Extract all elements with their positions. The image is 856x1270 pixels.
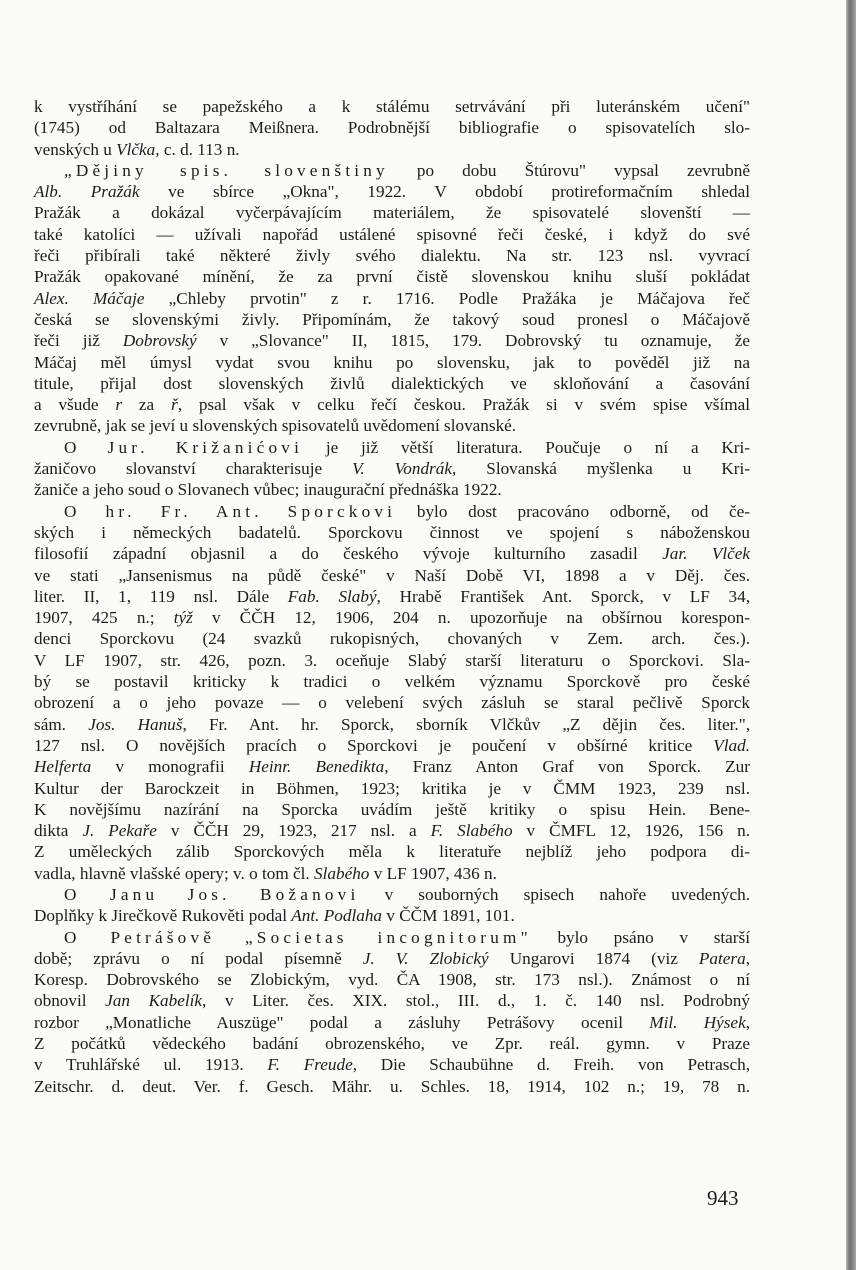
text-run: dikta <box>34 821 82 840</box>
author-name: Mil. Hýsek <box>649 1013 745 1032</box>
text-line: V LF 1907, str. 426, pozn. 3. oceňuje Sl… <box>34 650 750 671</box>
text-line: Máčaj měl úmysl vydat svou knihu po slov… <box>34 352 750 373</box>
text-run: a všude <box>34 395 115 414</box>
spaced-heading: O hr. Fr. Ant. Sporckovi <box>64 502 396 521</box>
text-line: žaniče a jeho soud o Slovanech vůbec; in… <box>34 479 750 500</box>
page-number: 943 <box>707 1186 739 1211</box>
text-run: , psal však v celku řečí českou. Pražák … <box>178 395 750 414</box>
text-run: v ČČH 12, 1906, 204 n. upozorňuje na obš… <box>193 608 750 627</box>
text-run: v „Slovance" II, 1815, 179. Dobrovský tu… <box>197 331 750 350</box>
text-run: je již větší literatura. Poučuje o ní a … <box>303 438 750 457</box>
text-line: také katolíci — užívali napořád ustálené… <box>34 224 750 245</box>
text-run: , Franz Anton Graf von Sporck. Zur <box>384 757 750 776</box>
text-run: , Die Schaubühne d. Freih. von Petrasch, <box>353 1055 750 1074</box>
text-run: za <box>122 395 171 414</box>
text-line: a všude r za ř, psal však v celku řečí č… <box>34 394 750 415</box>
text-run: , Fr. Ant. hr. Sporck, sborník Vlčkův „Z… <box>182 715 750 734</box>
text-line: (1745) od Baltazara Meißnera. Podrobnějš… <box>34 117 750 138</box>
spaced-heading: O Janu Jos. Božanovi <box>64 885 359 904</box>
text-run: době; zprávu o ní podal písemně <box>34 949 363 968</box>
text-run: v souborných spisech nahoře uvedených. <box>359 885 750 904</box>
page-binding-edge <box>846 0 856 1270</box>
text-line: Pražák opakované mínění, že za první čis… <box>34 266 750 287</box>
text-line: filosofií západní objasnil a do českého … <box>34 543 750 564</box>
text-line: liter. II, 1, 119 nsl. Dále Fab. Slabý, … <box>34 586 750 607</box>
text-run: rozbor „Monatliche Auszüge" podal a zásl… <box>34 1013 649 1032</box>
author-name: J. V. Zlobický <box>363 949 489 968</box>
text-run: , <box>746 1013 750 1032</box>
text-line: 127 nsl. O novějších pracích o Sporckovi… <box>34 735 750 756</box>
text-run: v monografii <box>91 757 249 776</box>
text-line: řeči přibírali také některé živly svého … <box>34 245 750 266</box>
text-line: k vystříhání se papežského a k stálému s… <box>34 96 750 117</box>
text-line: řeči již Dobrovský v „Slovance" II, 1815… <box>34 330 750 351</box>
author-name: V. Vondrák <box>352 459 452 478</box>
text-line: ve stati „Jansenismus na půdě české" v N… <box>34 565 750 586</box>
text-line: česká se slovenskými živly. Připomínám, … <box>34 309 750 330</box>
author-name: Vlad. <box>713 736 750 755</box>
text-line: rozbor „Monatliche Auszüge" podal a zásl… <box>34 1012 750 1033</box>
spaced-heading: „Dějiny spis. slovenštiny <box>64 161 389 180</box>
text-line: Z uměleckých zálib Sporckových měla k li… <box>34 841 750 862</box>
author-name: Helferta <box>34 757 91 776</box>
text-line: Alex. Máčaje „Chleby prvotin" z r. 1716.… <box>34 288 750 309</box>
spaced-heading: O Jur. Križanićovi <box>64 438 303 457</box>
text-run: žaničovo slovanství charakterisuje <box>34 459 352 478</box>
text-run: , <box>746 949 750 968</box>
text-line: K novějšímu nazírání na Sporcka uvádím j… <box>34 799 750 820</box>
text-line: v Truhlářské ul. 1913. F. Freude, Die Sc… <box>34 1054 750 1075</box>
spaced-title: „Societas incognitorum" <box>215 928 532 947</box>
text-line: Alb. Pražák ve sbírce „Okna", 1922. V ob… <box>34 181 750 202</box>
text-line: Pražák a dokázal vyčerpávajícím materiál… <box>34 202 750 223</box>
text-run: bylo psáno v starší <box>532 928 750 947</box>
paragraph-start: O Jur. Križanićovi je již větší literatu… <box>34 437 750 458</box>
text-run: , v Liter. čes. XIX. stol., III. d., 1. … <box>202 991 750 1010</box>
text-run: v ČČM 1891, 101. <box>382 906 515 925</box>
text-run: liter. II, 1, 119 nsl. Dále <box>34 587 288 606</box>
author-name: Alex. Máčaje <box>34 289 145 308</box>
text-run: filosofií západní objasnil a do českého … <box>34 544 662 563</box>
paragraph-start: O hr. Fr. Ant. Sporckovi bylo dost praco… <box>34 501 750 522</box>
text-line: zevrubně, jak se jeví u slovenských spis… <box>34 415 750 436</box>
text-run: obnovil <box>34 991 105 1010</box>
text-line: Doplňky k Jirečkově Rukověti podal Ant. … <box>34 905 750 926</box>
text-line: době; zprávu o ní podal písemně J. V. Zl… <box>34 948 750 969</box>
author-name: Jos. Hanuš <box>88 715 182 734</box>
text-run: sám. <box>34 715 88 734</box>
text-run: ve sbírce „Okna", 1922. V období protire… <box>139 182 750 201</box>
text-line: Kultur der Barockzeit in Böhmen, 1923; k… <box>34 778 750 799</box>
text-line: bý se postavil kriticky k tradici o velk… <box>34 671 750 692</box>
text-line: Z počátků vědeckého badání obrozenského,… <box>34 1033 750 1054</box>
author-name: Slabého <box>314 864 369 883</box>
author-name: F. Freude <box>267 1055 352 1074</box>
text-run: bylo dost pracováno odborně, od če- <box>396 502 750 521</box>
text-run: Ungarovi 1874 (viz <box>489 949 699 968</box>
author-name: Jar. Vlček <box>662 544 750 563</box>
text-run: v ČČH 29, 1923, 217 nsl. a <box>157 821 431 840</box>
text-line: obrození a o jeho povaze — o velebení sv… <box>34 692 750 713</box>
text-run: 127 nsl. O novějších pracích o Sporckovi… <box>34 736 713 755</box>
text-line: Helferta v monografii Heinr. Benedikta, … <box>34 756 750 777</box>
author-name: Alb. Pražák <box>34 182 139 201</box>
text-line: žaničovo slovanství charakterisuje V. Vo… <box>34 458 750 479</box>
text-line: obnovil Jan Kabelík, v Liter. čes. XIX. … <box>34 990 750 1011</box>
text-run: , Hrabě František Ant. Sporck, v LF 34, <box>377 587 750 606</box>
paragraph-start: „Dějiny spis. slovenštiny po dobu Štúrov… <box>34 160 750 181</box>
spaced-heading: O Petrášově <box>64 928 215 947</box>
text-line: titule, přijal dost slovenských živlů di… <box>34 373 750 394</box>
text-run: v Truhlářské ul. 1913. <box>34 1055 267 1074</box>
text-line: venských u Vlčka, c. d. 113 n. <box>34 139 750 160</box>
paragraph-start: O Petrášově „Societas incognitorum" bylo… <box>34 927 750 948</box>
text-run: v ČMFL 12, 1926, 156 n. <box>513 821 750 840</box>
text-line: Zeitschr. d. deut. Ver. f. Gesch. Mähr. … <box>34 1076 750 1097</box>
text-run: v LF 1907, 436 n. <box>369 864 496 883</box>
text-run: Doplňky k Jirečkově Rukověti podal <box>34 906 291 925</box>
author-name: F. Slabého <box>431 821 513 840</box>
text-line: Koresp. Dobrovského se Zlobickým, vyd. Č… <box>34 969 750 990</box>
author-name: týž <box>174 608 193 627</box>
text-run: , Slovanská myšlenka u Kri- <box>452 459 750 478</box>
author-name: Patera <box>699 949 746 968</box>
text-line: ských i německých badatelů. Sporckovu či… <box>34 522 750 543</box>
text-line: denci Sporckovu (24 svazků rukopisných, … <box>34 628 750 649</box>
paragraph-start: O Janu Jos. Božanovi v souborných spisec… <box>34 884 750 905</box>
text-run: „Chleby prvotin" z r. 1716. Podle Pražák… <box>145 289 750 308</box>
author-name: Jan Kabelík <box>105 991 202 1010</box>
text-run: po dobu Štúrovu" vypsal zevrubně <box>389 161 750 180</box>
text-line: dikta J. Pekaře v ČČH 29, 1923, 217 nsl.… <box>34 820 750 841</box>
author-name: Dobrovský <box>123 331 197 350</box>
author-name: J. Pekaře <box>82 821 157 840</box>
text-line: vadla, hlavně vlašské opery; v. o tom čl… <box>34 863 750 884</box>
author-name: Vlčka, <box>116 140 159 159</box>
text-run: vadla, hlavně vlašské opery; v. o tom čl… <box>34 864 314 883</box>
body-text: k vystříhání se papežského a k stálému s… <box>34 96 750 1097</box>
text-run: řeči již <box>34 331 123 350</box>
text-line: 1907, 425 n.; týž v ČČH 12, 1906, 204 n.… <box>34 607 750 628</box>
text-line: sám. Jos. Hanuš, Fr. Ant. hr. Sporck, sb… <box>34 714 750 735</box>
author-name: Ant. Podlaha <box>291 906 382 925</box>
text-run: venských u <box>34 140 116 159</box>
author-name: Fab. Slabý <box>288 587 377 606</box>
author-name: Heinr. Benedikta <box>249 757 384 776</box>
text-run: 1907, 425 n.; <box>34 608 174 627</box>
italic-letter: ř <box>171 395 178 414</box>
text-run: c. d. 113 n. <box>160 140 240 159</box>
